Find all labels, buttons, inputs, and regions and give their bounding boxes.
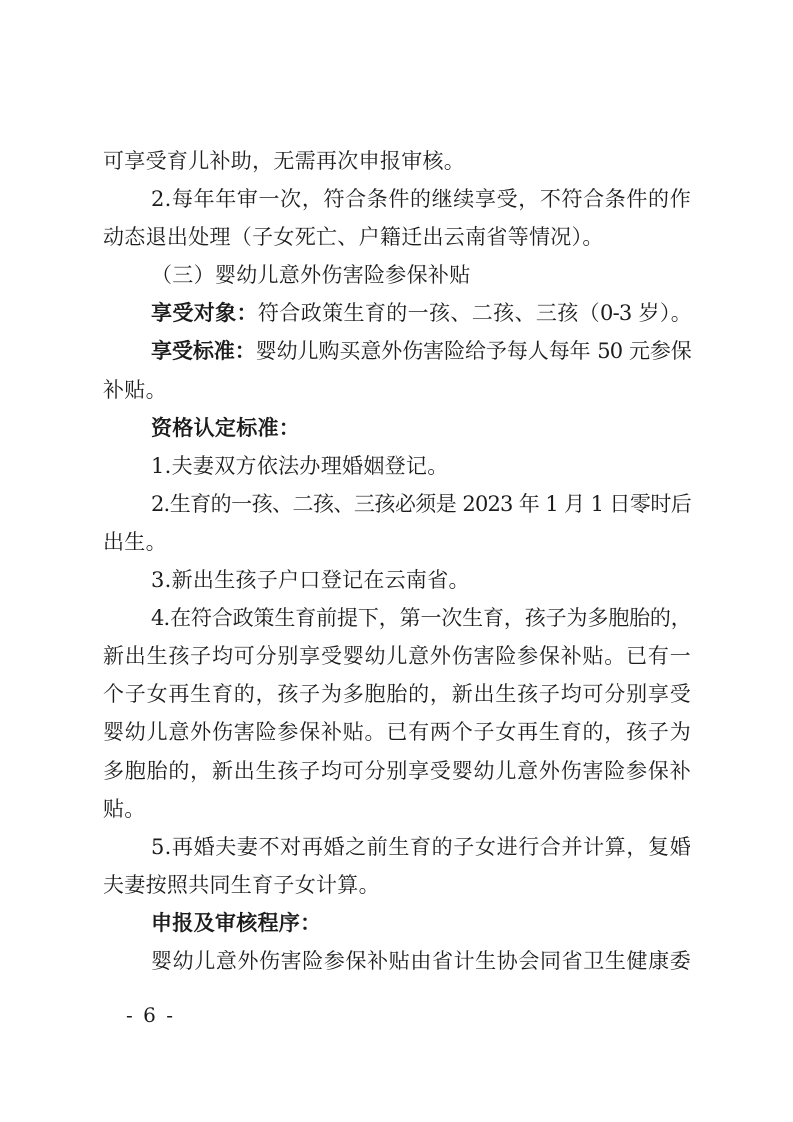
text-segment: 出生。 xyxy=(103,530,167,554)
text-segment: 个子女再生育的，孩子为多胞胎的，新出生孩子均可分别享受 xyxy=(103,682,691,706)
para-line: 可享受育儿补助，无需再次申报审核。 xyxy=(103,142,691,180)
sub-heading: 资格认定标准： xyxy=(103,409,691,447)
document-body: 可享受育儿补助，无需再次申报审核。2.每年年审一次，符合条件的继续享受，不符合条… xyxy=(103,142,691,980)
para-line: 贴。 xyxy=(103,790,691,828)
text-segment: 1.夫妻双方依法办理婚姻登记。 xyxy=(151,454,449,478)
para-line: 1.夫妻双方依法办理婚姻登记。 xyxy=(103,447,691,485)
para-line: 婴幼儿意外伤害险参保补贴由省计生协会同省卫生健康委 xyxy=(103,942,691,980)
section-heading: （三）婴幼儿意外伤害险参保补贴 xyxy=(103,256,691,294)
text-segment: 5.再婚夫妻不对再婚之前生育的子女进行合并计算，复婚 xyxy=(151,835,691,859)
para-line: 新出生孩子均可分别享受婴幼儿意外伤害险参保补贴。已有一 xyxy=(103,637,691,675)
para-line: 出生。 xyxy=(103,523,691,561)
para-line: 夫妻按照共同生育子女计算。 xyxy=(103,866,691,904)
text-segment: 补贴。 xyxy=(103,378,167,402)
text-segment: 4.在符合政策生育前提下，第一次生育，孩子为多胞胎的， xyxy=(151,606,691,630)
text-segment: 可享受育儿补助，无需再次申报审核。 xyxy=(103,149,465,173)
para-line: 多胞胎的，新出生孩子均可分别享受婴幼儿意外伤害险参保补 xyxy=(103,752,691,790)
para-line: 动态退出处理（子女死亡、户籍迁出云南省等情况）。 xyxy=(103,218,691,256)
para-line: 婴幼儿意外伤害险参保补贴。已有两个子女再生育的，孩子为 xyxy=(103,713,691,751)
text-segment: 2.每年年审一次，符合条件的继续享受，不符合条件的作 xyxy=(151,187,691,211)
para-line: 3.新出生孩子户口登记在云南省。 xyxy=(103,561,691,599)
para-line: 2.生育的一孩、二孩、三孩必须是 2023 年 1 月 1 日零时后 xyxy=(103,485,691,523)
para-line: 5.再婚夫妻不对再婚之前生育的子女进行合并计算，复婚 xyxy=(103,828,691,866)
para-line: 补贴。 xyxy=(103,371,691,409)
sub-heading: 申报及审核程序： xyxy=(103,904,691,942)
para-line: 4.在符合政策生育前提下，第一次生育，孩子为多胞胎的， xyxy=(103,599,691,637)
text-segment: 动态退出处理（子女死亡、户籍迁出云南省等情况）。 xyxy=(103,225,604,249)
text-segment: 婴幼儿意外伤害险参保补贴。已有两个子女再生育的，孩子为 xyxy=(103,720,691,744)
bold-label: 资格认定标准： xyxy=(151,416,300,440)
text-segment: 夫妻按照共同生育子女计算。 xyxy=(103,873,380,897)
para-line: 享受标准：婴幼儿购买意外伤害险给予每人每年 50 元参保 xyxy=(103,332,691,370)
text-segment: 多胞胎的，新出生孩子均可分别享受婴幼儿意外伤害险参保补 xyxy=(103,759,691,783)
text-segment: 符合政策生育的一孩、二孩、三孩（0-3 岁）。 xyxy=(258,301,691,325)
text-segment: 婴幼儿购买意外伤害险给予每人每年 50 元参保 xyxy=(256,339,691,363)
text-segment: 2.生育的一孩、二孩、三孩必须是 2023 年 1 月 1 日零时后 xyxy=(151,492,691,516)
text-segment: （三）婴幼儿意外伤害险参保补贴 xyxy=(151,263,471,287)
document-page: 可享受育儿补助，无需再次申报审核。2.每年年审一次，符合条件的继续享受，不符合条… xyxy=(0,0,793,1122)
page-number: - 6 - xyxy=(126,1001,175,1029)
para-line: 2.每年年审一次，符合条件的继续享受，不符合条件的作 xyxy=(103,180,691,218)
text-segment: 婴幼儿意外伤害险参保补贴由省计生协会同省卫生健康委 xyxy=(151,949,691,973)
para-line: 享受对象：符合政策生育的一孩、二孩、三孩（0-3 岁）。 xyxy=(103,294,691,332)
para-line: 个子女再生育的，孩子为多胞胎的，新出生孩子均可分别享受 xyxy=(103,675,691,713)
text-segment: 贴。 xyxy=(103,797,146,821)
bold-label: 申报及审核程序： xyxy=(151,911,321,935)
bold-label: 享受标准： xyxy=(151,339,256,363)
text-segment: 新出生孩子均可分别享受婴幼儿意外伤害险参保补贴。已有一 xyxy=(103,644,691,668)
bold-label: 享受对象： xyxy=(151,301,258,325)
text-segment: 3.新出生孩子户口登记在云南省。 xyxy=(151,568,470,592)
